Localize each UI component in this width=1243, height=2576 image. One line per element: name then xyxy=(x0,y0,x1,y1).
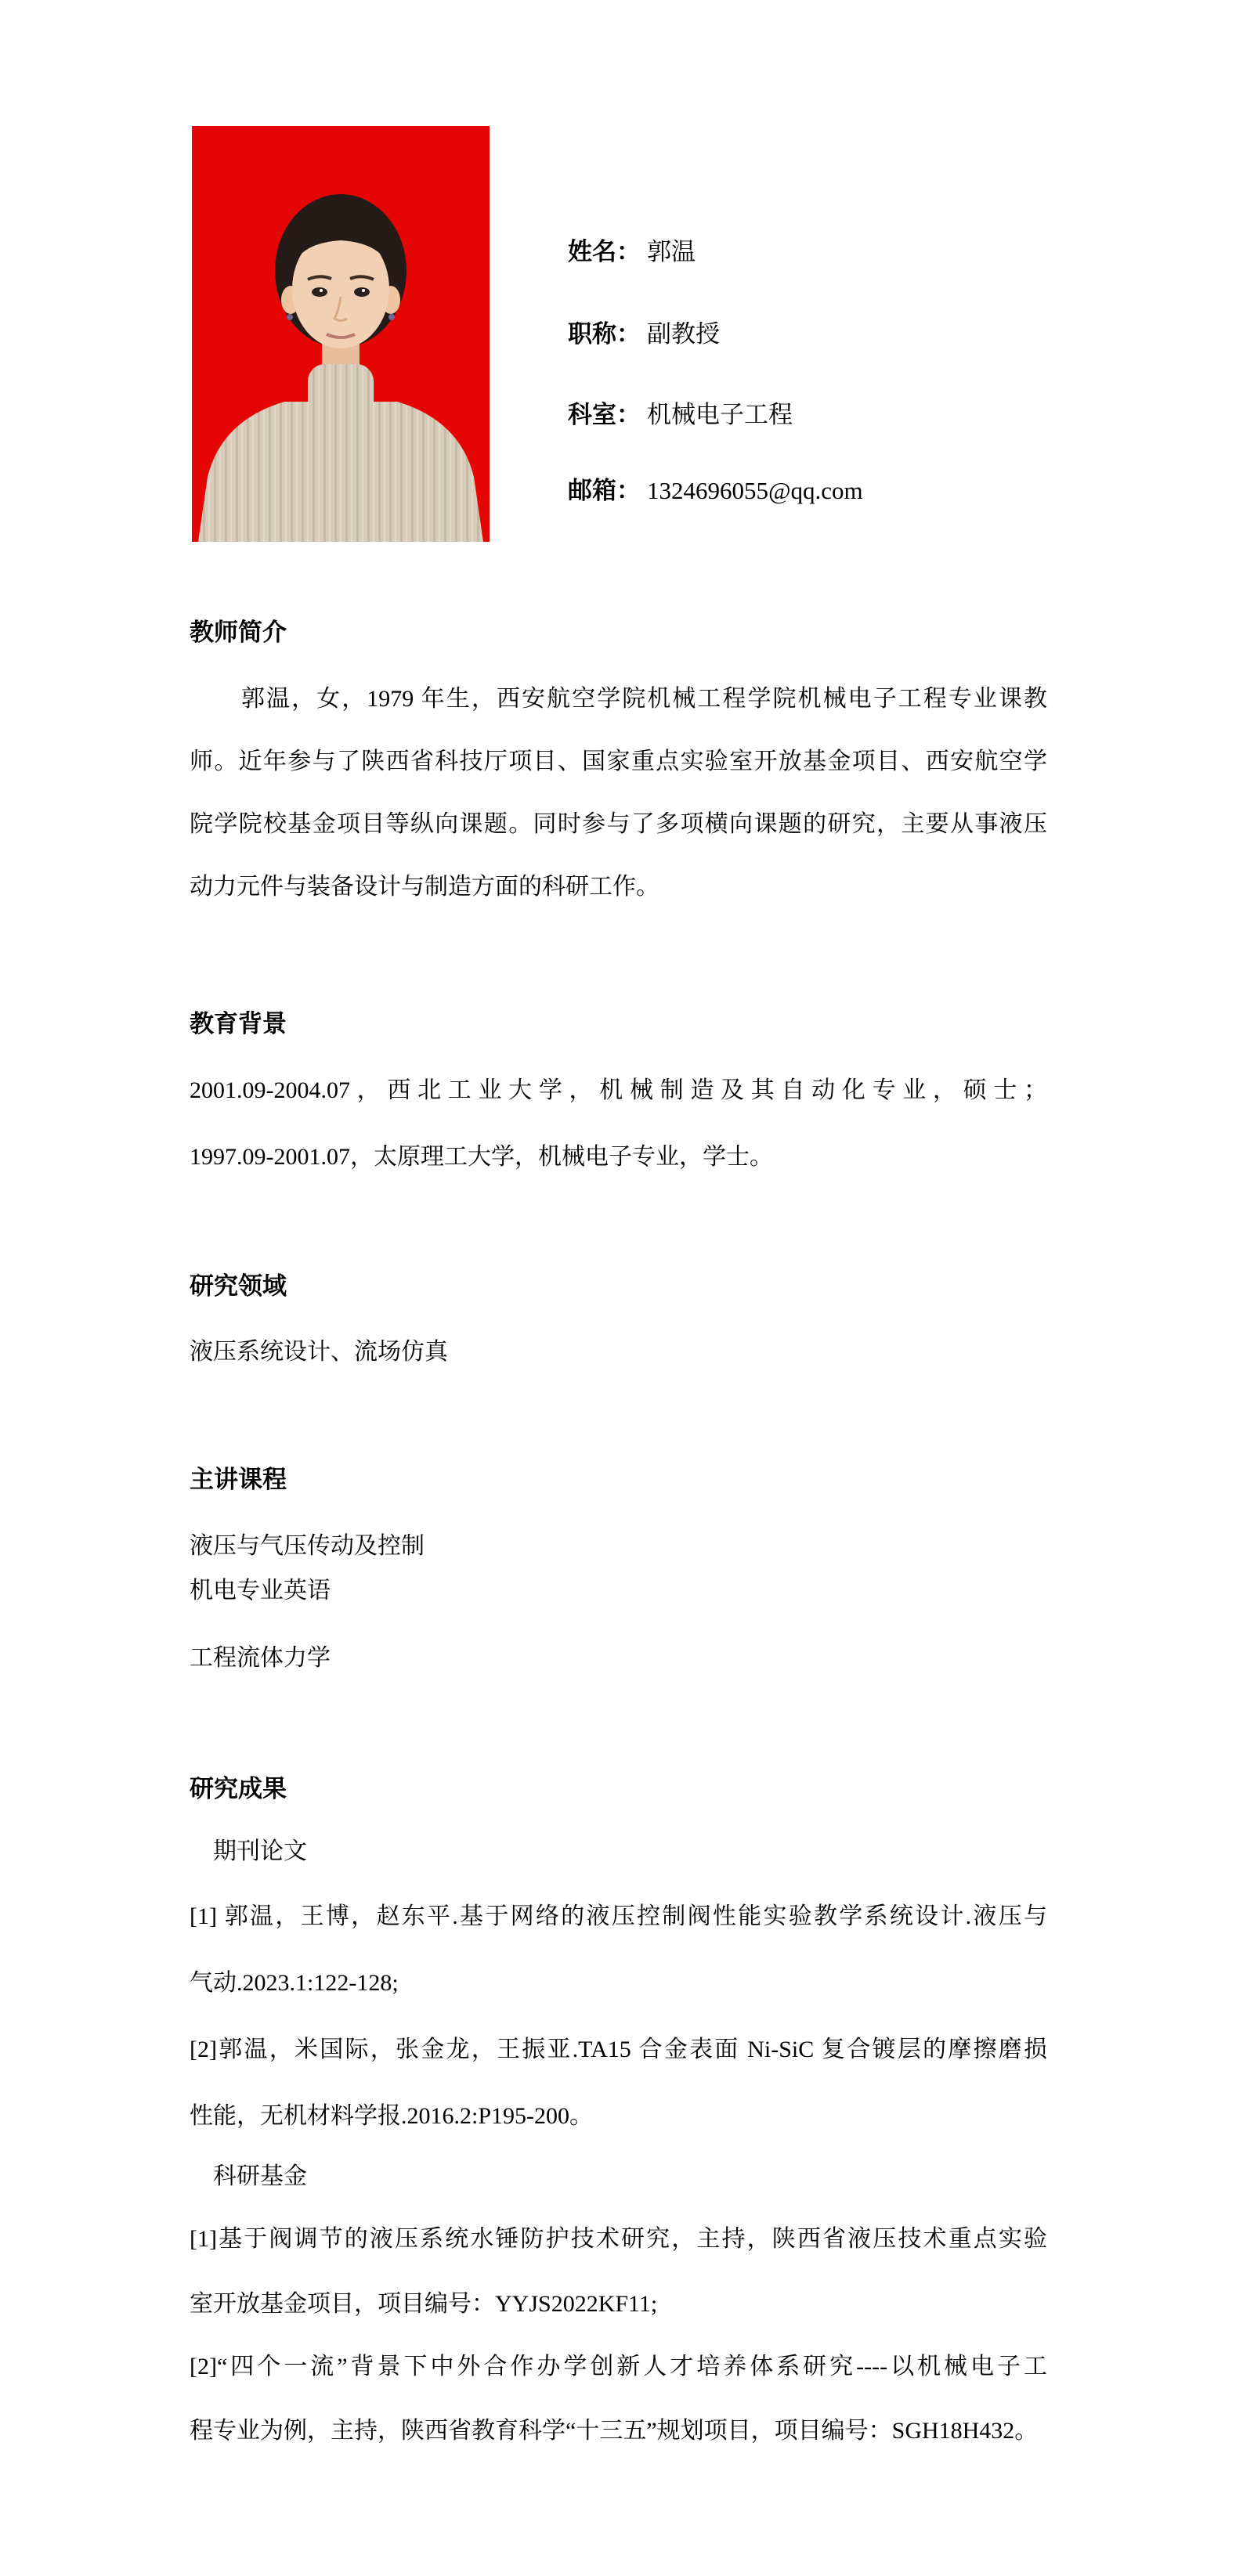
earring xyxy=(287,314,293,320)
section-heading-courses: 主讲课程 xyxy=(190,1465,287,1495)
email-label: 邮箱： xyxy=(568,477,641,504)
course-line-1: 液压与气压传动及控制 xyxy=(190,1532,1047,1561)
journal-item-1-line-1: [1] 郭温，王博，赵东平.基于网络的液压控制阀性能实验教学系统设计.液压与 xyxy=(190,1902,1047,1932)
fund-item-2-line-1: [2]“四个一流”背景下中外合作办学创新人才培养体系研究----以机械电子工 xyxy=(190,2352,1047,2382)
intro-line-4: 动力元件与装备设计与制造方面的科研工作。 xyxy=(190,872,1047,902)
department-value: 机械电子工程 xyxy=(647,401,793,428)
research-fields-line: 液压系统设计、流场仿真 xyxy=(190,1337,1047,1367)
fund-item-1-line-2: 室开放基金项目，项目编号：YYJS2022KF11; xyxy=(190,2289,1047,2319)
education-line-2: 1997.09-2001.07，太原理工大学，机械电子专业，学士。 xyxy=(190,1142,1047,1172)
journal-item-1-line-2: 气动.2023.1:122-128; xyxy=(190,1968,1047,1998)
eye xyxy=(312,287,327,297)
journal-item-2-line-1: [2]郭温，米国际，张金龙，王振亚.TA15 合金表面 Ni-SiC 复合镀层的… xyxy=(190,2035,1047,2065)
fund-item-2-line-2: 程专业为例，主持，陕西省教育科学“十三五”规划项目，项目编号：SGH18H432… xyxy=(190,2416,1047,2446)
info-row-name: 姓名：郭温 xyxy=(568,237,696,267)
name-value: 郭温 xyxy=(647,238,696,265)
section-heading-intro: 教师简介 xyxy=(190,618,287,648)
intro-line-1: 郭温，女，1979 年生，西安航空学院机械工程学院机械电子工程专业课教 xyxy=(190,684,1047,714)
info-row-title: 职称：副教授 xyxy=(568,319,720,349)
journal-item-2-line-2: 性能，无机材料学报.2016.2:P195-200。 xyxy=(190,2102,1047,2131)
info-row-email: 邮箱：1324696055@qq.com xyxy=(568,476,863,506)
intro-line-3: 院学院校基金项目等纵向课题。同时参与了多项横向课题的研究，主要从事液压 xyxy=(190,810,1047,839)
email-value: 1324696055@qq.com xyxy=(647,477,863,504)
section-heading-achievements: 研究成果 xyxy=(190,1774,287,1804)
faculty-profile-page: 姓名：郭温 职称：副教授 科室：机械电子工程 邮箱：1324696055@qq.… xyxy=(0,0,1243,2576)
course-line-2: 机电专业英语 xyxy=(190,1576,1047,1606)
subheading-research-funds: 科研基金 xyxy=(213,2162,307,2192)
subheading-journal-papers: 期刊论文 xyxy=(213,1837,307,1867)
section-heading-education: 教育背景 xyxy=(190,1009,287,1039)
department-label: 科室： xyxy=(568,401,641,428)
title-value: 副教授 xyxy=(647,320,720,348)
title-label: 职称： xyxy=(568,320,641,348)
eye xyxy=(354,287,370,297)
section-heading-research-fields: 研究领域 xyxy=(190,1272,287,1301)
education-line-1: 2001.09-2004.07，西北工业大学，机械制造及其自动化专业，硕士； xyxy=(190,1076,1047,1106)
portrait-photo-illustration xyxy=(192,126,490,542)
portrait-photo xyxy=(192,126,490,542)
course-line-3: 工程流体力学 xyxy=(190,1643,1047,1673)
fund-item-1-line-1: [1]基于阀调节的液压系统水锤防护技术研究，主持，陕西省液压技术重点实验 xyxy=(190,2224,1047,2254)
intro-line-2: 师。近年参与了陕西省科技厅项目、国家重点实验室开放基金项目、西安航空学 xyxy=(190,747,1047,777)
earring xyxy=(388,314,395,320)
name-label: 姓名： xyxy=(568,238,641,265)
info-row-department: 科室：机械电子工程 xyxy=(568,400,793,430)
